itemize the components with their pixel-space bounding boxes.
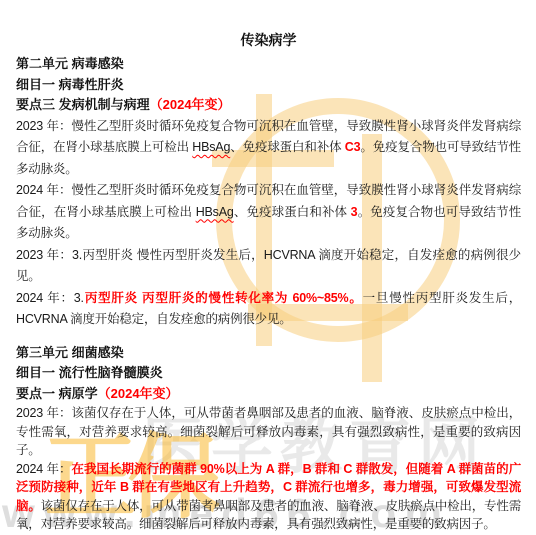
text-segment: 、免疫球蛋白和补体 xyxy=(230,140,345,154)
text-segment: 第三单元 细菌感染 xyxy=(16,345,124,360)
text-segment: 2024 年：3. xyxy=(16,291,84,305)
text-segment: 、免疫球蛋白和补体 xyxy=(234,205,351,219)
text-segment: 该菌仅存在于人体，可从带菌者鼻咽部及患者的血液、脑脊液、皮肤瘀点中检出，专性需氧… xyxy=(16,499,521,532)
paragraph: 2024 年：慢性乙型肝炎时循环免疫复合物可沉积在血管壁，导致膜性肾小球肾炎伴发… xyxy=(16,180,521,245)
document-page: 医学教育网 www.med66.com 正保 传染病学 第二单元 病毒感染细目一… xyxy=(0,0,536,535)
text-segment: 要点三 发病机制与病理 xyxy=(16,97,150,112)
text-segment: 丙型肝炎 丙型肝炎的慢性转化率为 60%~85%。 xyxy=(84,291,363,305)
document-blocks: 第二单元 病毒感染细目一 病毒性肝炎要点三 发病机制与病理（2024年变）202… xyxy=(16,54,521,534)
text-segment: （2024年变） xyxy=(150,97,231,112)
heading: 第二单元 病毒感染 xyxy=(16,54,521,75)
paragraph: 2023 年：3.丙型肝炎 慢性丙型肝炎发生后，HCVRNA 滴度开始稳定，自发… xyxy=(16,245,521,288)
text-segment: （2024年变） xyxy=(98,386,179,401)
paragraph: 2023 年：慢性乙型肝炎时循环免疫复合物可沉积在血管壁，导致膜性肾小球肾炎伴发… xyxy=(16,116,521,181)
paragraph: 2023 年：该菌仅存在于人体，可从带菌者鼻咽部及患者的血液、脑脊液、皮肤瘀点中… xyxy=(16,404,521,460)
heading: 细目一 流行性脑脊髓膜炎 xyxy=(16,363,521,384)
document-title: 传染病学 xyxy=(16,30,521,50)
document-content: 传染病学 第二单元 病毒感染细目一 病毒性肝炎要点三 发病机制与病理（2024年… xyxy=(0,0,536,534)
heading: 要点三 发病机制与病理（2024年变） xyxy=(16,95,521,116)
text-segment: 细目一 病毒性肝炎 xyxy=(16,77,124,92)
spacer xyxy=(16,331,521,343)
heading: 细目一 病毒性肝炎 xyxy=(16,75,521,96)
text-segment: 2023 年：该菌仅存在于人体，可从带菌者鼻咽部及患者的血液、脑脊液、皮肤瘀点中… xyxy=(16,406,521,457)
text-segment: 2023 年：3.丙型肝炎 慢性丙型肝炎发生后，HCVRNA 滴度开始稳定，自发… xyxy=(16,248,521,284)
text-segment: HBsAg xyxy=(196,205,234,219)
text-segment: C3 xyxy=(345,140,361,154)
text-segment: 细目一 流行性脑脊髓膜炎 xyxy=(16,365,163,380)
paragraph: 2024 年：3.丙型肝炎 丙型肝炎的慢性转化率为 60%~85%。一旦慢性丙型… xyxy=(16,288,521,331)
text-segment: HBsAg xyxy=(192,140,230,154)
heading: 要点一 病原学（2024年变） xyxy=(16,384,521,405)
heading: 第三单元 细菌感染 xyxy=(16,343,521,364)
text-segment: 要点一 病原学 xyxy=(16,386,98,401)
text-segment: 第二单元 病毒感染 xyxy=(16,56,124,71)
paragraph: 2024 年：在我国长期流行的菌群 90%以上为 A 群，B 群和 C 群散发，… xyxy=(16,460,521,534)
text-segment: 2024 年： xyxy=(16,462,72,476)
